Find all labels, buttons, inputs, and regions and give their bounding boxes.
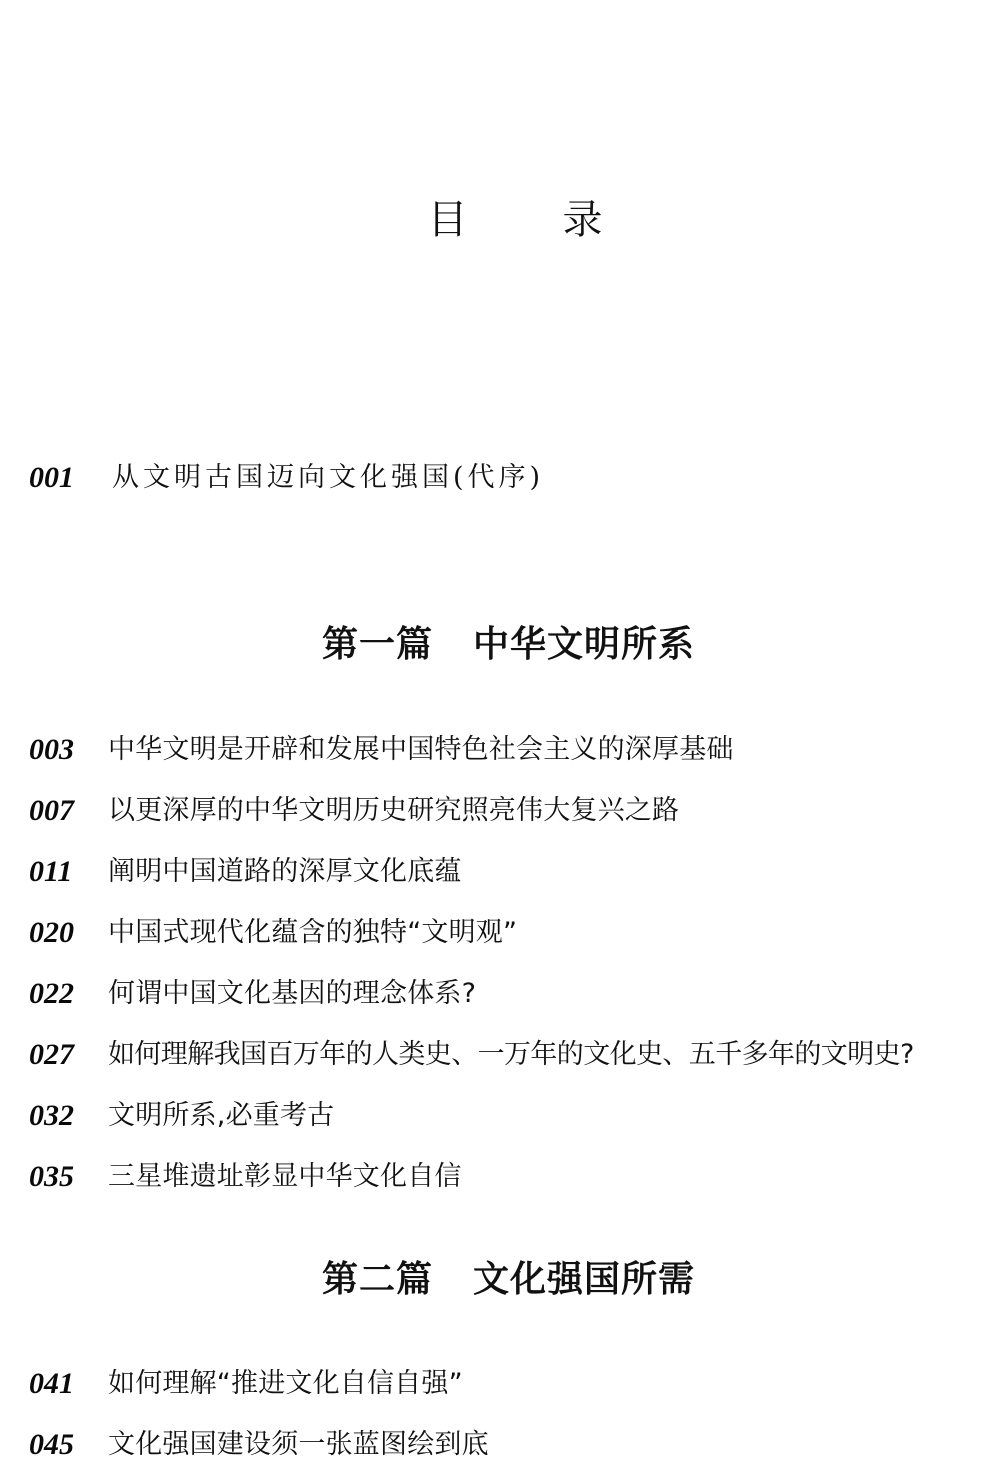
toc-entry[interactable]: 020 中国式现代化蕴含的独特“文明观” xyxy=(0,911,1000,955)
entry-title[interactable]: 文化强国建设须一张蓝图绘到底 xyxy=(108,1423,489,1467)
page-number: 022 xyxy=(29,972,74,1016)
page-title-char-2: 录 xyxy=(563,195,603,245)
part-heading-2: 第二篇文化强国所需 xyxy=(0,1255,1000,1305)
toc-entry[interactable]: 022 何谓中国文化基因的理念体系? xyxy=(0,972,1000,1016)
page-number: 003 xyxy=(29,728,74,772)
toc-entry[interactable]: 003 中华文明是开辟和发展中国特色社会主义的深厚基础 xyxy=(0,728,1000,772)
entry-title[interactable]: 从文明古国迈向文化强国(代序) xyxy=(112,456,544,500)
page-number: 007 xyxy=(29,789,74,833)
toc-entry[interactable]: 041 如何理解“推进文化自信自强” xyxy=(0,1362,1000,1406)
entry-title[interactable]: 三星堆遗址彰显中华文化自信 xyxy=(108,1155,462,1199)
toc-entry[interactable]: 011 阐明中国道路的深厚文化底蕴 xyxy=(0,850,1000,894)
entry-title[interactable]: 如何理解我国百万年的人类史、一万年的文化史、五千多年的文明史? xyxy=(108,1033,914,1077)
toc-entry[interactable]: 007 以更深厚的中华文明历史研究照亮伟大复兴之路 xyxy=(0,789,1000,833)
page-number: 001 xyxy=(29,456,74,500)
part-heading-1: 第一篇中华文明所系 xyxy=(0,620,1000,670)
entry-title[interactable]: 如何理解“推进文化自信自强” xyxy=(108,1362,463,1406)
part-label: 第二篇 xyxy=(322,1259,433,1300)
part-title: 中华文明所系 xyxy=(473,624,695,665)
page-title: 目录 xyxy=(0,195,1000,245)
part-label: 第一篇 xyxy=(322,624,433,665)
toc-entry[interactable]: 027 如何理解我国百万年的人类史、一万年的文化史、五千多年的文明史? xyxy=(0,1033,1000,1077)
page-number: 027 xyxy=(29,1033,74,1077)
page-number: 032 xyxy=(29,1094,74,1138)
entry-title[interactable]: 中华文明是开辟和发展中国特色社会主义的深厚基础 xyxy=(108,728,734,772)
page-number: 045 xyxy=(29,1423,74,1467)
toc-entry[interactable]: 045 文化强国建设须一张蓝图绘到底 xyxy=(0,1423,1000,1467)
page-number: 020 xyxy=(29,911,74,955)
entry-title[interactable]: 中国式现代化蕴含的独特“文明观” xyxy=(108,911,517,955)
toc-entry[interactable]: 035 三星堆遗址彰显中华文化自信 xyxy=(0,1155,1000,1199)
page-number: 041 xyxy=(29,1362,74,1406)
page-title-char-1: 目 xyxy=(428,195,468,245)
page-number: 011 xyxy=(29,850,72,894)
entry-title[interactable]: 阐明中国道路的深厚文化底蕴 xyxy=(108,850,462,894)
toc-entry-preface[interactable]: 001 从文明古国迈向文化强国(代序) xyxy=(0,456,1000,500)
toc-entry[interactable]: 032 文明所系,必重考古 xyxy=(0,1094,1000,1138)
entry-title[interactable]: 以更深厚的中华文明历史研究照亮伟大复兴之路 xyxy=(108,789,679,833)
part-title: 文化强国所需 xyxy=(473,1259,695,1300)
page-number: 035 xyxy=(29,1155,74,1199)
entry-title[interactable]: 何谓中国文化基因的理念体系? xyxy=(108,972,476,1016)
entry-title[interactable]: 文明所系,必重考古 xyxy=(108,1094,334,1138)
